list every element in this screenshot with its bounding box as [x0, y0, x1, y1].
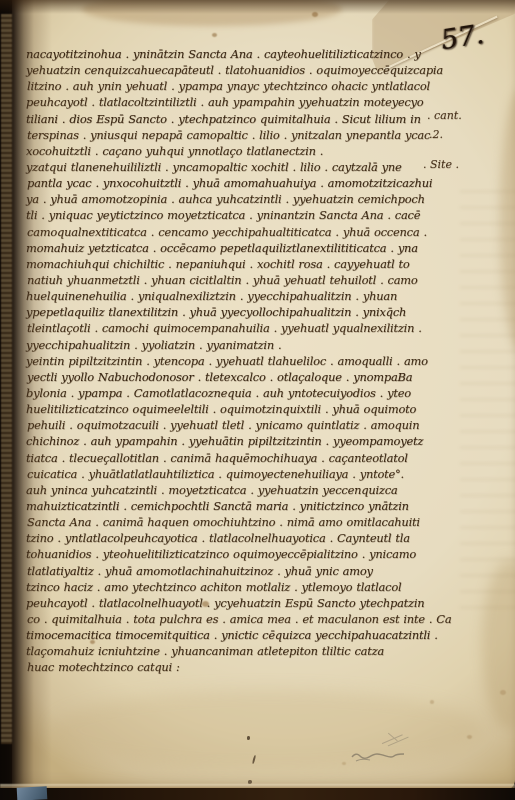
- fox-spot: [467, 735, 472, 739]
- text-line: momahuiz yetzticatca . occēcamo pepetlaq…: [26, 240, 444, 256]
- margin-note-site: . Site .: [423, 158, 459, 171]
- text-line: tzino . yntlatlacolpeuhcayotica . tlatla…: [26, 530, 444, 546]
- text-line: huac motechtzinco catqui :: [27, 659, 444, 675]
- text-line: timocemacitica timocemitquitica . ynicti…: [26, 627, 444, 643]
- text-line: ya . yhuā amomotzopinia . auhca yuhcatzi…: [26, 191, 444, 207]
- text-line: terspinas . yniusqui nepapā camopaltic .…: [27, 127, 444, 143]
- text-line: yehuatzin cenquizcahuecapāteutl . tlatoh…: [26, 62, 444, 78]
- text-line: pantla ycac . ynxocohuitztli . yhuā amom…: [27, 175, 444, 191]
- verso-showthrough: [460, 190, 515, 610]
- text-line: peuhcayotl . tlatlacolnelhuayotl . ycyeh…: [26, 595, 444, 611]
- text-line: tli . yniquac yeytictzinco moyetzticatca…: [26, 207, 444, 223]
- text-line: tzinco haciz . amo ytechtzinco achiton m…: [26, 579, 444, 595]
- fox-spot: [342, 762, 346, 765]
- text-line: ypepetlaquiliz tlanextilitzin . yhuā yye…: [26, 304, 444, 320]
- table-shadow: [0, 788, 515, 800]
- text-line: nacayotitzinohua . yninātzin Sancta Ana …: [26, 46, 444, 62]
- text-line: tlaçomahuiz icniuhtzine . yhuancaniman a…: [26, 643, 444, 659]
- fox-spot: [430, 700, 434, 704]
- text-line: tleintlaçotli . camochi quimocempanahuil…: [27, 320, 444, 336]
- text-line: xocohuitztli . caçano yuhqui ynnotlaço t…: [26, 143, 444, 159]
- folio-number: 57.: [439, 19, 486, 56]
- text-line: chichinoz . auh ypampahin . yyehuātin pi…: [26, 433, 444, 449]
- margin-note-verse: .2.: [429, 128, 443, 141]
- text-line: mahuizticatzintli . cemichpochtli Sanctā…: [26, 498, 444, 514]
- text-line: tlatlatiyaltiz . yhuā amomotlachinahuitz…: [27, 563, 444, 579]
- text-line: tiatca . tlecueçallotitlan . canimā haqu…: [26, 450, 444, 466]
- blue-binding-patch: [17, 786, 48, 800]
- paper-stain: [82, 0, 342, 26]
- text-line: cuicatica . yhuātlatlatlauhtiliztica . q…: [27, 466, 444, 482]
- text-line: bylonia . ypampa . Camotlatlacoznequia .…: [26, 385, 444, 401]
- text-line: tiliani . dios Espū Sancto . ytechpatzin…: [26, 111, 444, 127]
- text-line: natiuh yhuanmetztli . yhuan cicitlaltin …: [27, 272, 444, 288]
- text-line: yectli yyollo Nabuchodonosor . tletexcal…: [27, 369, 444, 385]
- text-line: huelquinenehuilia . yniqualnexiliztzin .…: [26, 288, 444, 304]
- text-line: momachiuhqui chichiltic . nepaniuhqui . …: [26, 256, 444, 272]
- text-line: tohuanidios . yteohuelitilizticatzinco o…: [26, 546, 444, 562]
- facing-page-fore-edge: [1, 14, 12, 744]
- text-line: yyecchipahualitzin . yyoliatzin . yyanim…: [26, 337, 444, 353]
- manuscript-photo: nacayotitzinohua . yninātzin Sancta Ana …: [0, 0, 515, 800]
- text-line: co . quimitalhuia . tota pulchra es . am…: [27, 611, 444, 627]
- fox-spot: [312, 12, 318, 17]
- text-line: pehuili . oquimotzacuili . yyehuatl tlet…: [27, 417, 444, 433]
- text-line: peuhcayotl . tlatlacoltzintiliztli . auh…: [26, 94, 444, 110]
- text-line: huelitilizticatzinco oquimeeleltili . oq…: [26, 401, 444, 417]
- text-line: yeintin pipiltzitzintin . ytencopa . yye…: [26, 353, 444, 369]
- text-block: nacayotitzinohua . yninātzin Sancta Ana …: [26, 46, 444, 675]
- margin-note-cant: . cant.: [427, 109, 462, 122]
- text-line: auh yninca yuhcatzintli . moyetzticatca …: [26, 482, 444, 498]
- text-line: Sancta Ana . canimā haquen omochiuhtzino…: [27, 514, 444, 530]
- text-line: litzino . auh ynin yehuatl . ypampa ynay…: [27, 78, 444, 94]
- text-line: camoqualnextiticatca . cencamo yecchipah…: [27, 224, 444, 240]
- fox-spot: [500, 690, 506, 695]
- paper-stain: [52, 690, 482, 770]
- fox-spot: [212, 33, 217, 37]
- text-line: yzatqui tlanenehuililiztli . yncamopalti…: [26, 159, 444, 175]
